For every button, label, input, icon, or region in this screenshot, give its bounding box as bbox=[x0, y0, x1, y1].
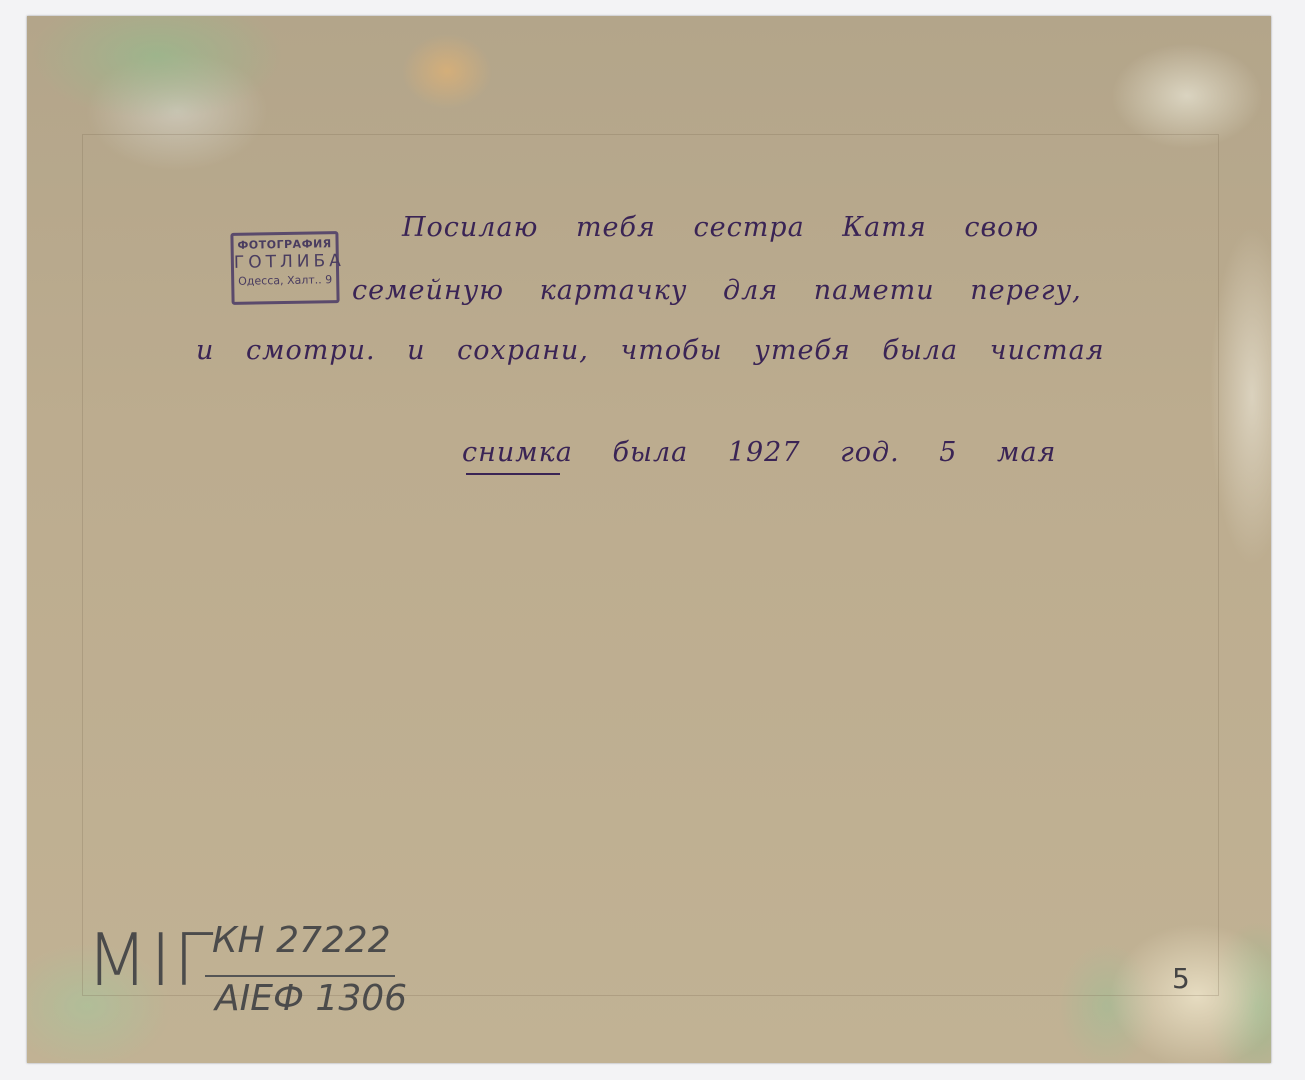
stamp-address: Одесса, Халт.. 9 bbox=[234, 274, 336, 287]
stamp-title: ФОТОГРАФИЯ bbox=[234, 238, 336, 251]
inventory-number-1: КН 27222 bbox=[212, 920, 391, 961]
collection-mark: МІГ bbox=[86, 918, 215, 1002]
stamp-studio-name: ГОТЛИБА bbox=[234, 253, 336, 272]
inscription-line-3: и смотри. и сохрани, чтобы утебя была чи… bbox=[196, 335, 1105, 366]
photographer-stamp: ФОТОГРАФИЯ ГОТЛИБА Одесса, Халт.. 9 bbox=[230, 231, 339, 305]
inscription-line-4-date: снимка была 1927 год. 5 мая bbox=[462, 437, 1056, 468]
inventory-number-2: АІЕФ 1306 bbox=[215, 978, 407, 1019]
inscription-line-1: Посилаю тебя сестра Катя свою bbox=[402, 212, 1039, 243]
inventory-divider bbox=[205, 975, 395, 977]
underline bbox=[466, 473, 560, 475]
page-number: 5 bbox=[1172, 962, 1190, 995]
inscription-line-2: семейную картачку для памети перегу, bbox=[352, 275, 1082, 306]
photo-card-back bbox=[27, 16, 1271, 1063]
